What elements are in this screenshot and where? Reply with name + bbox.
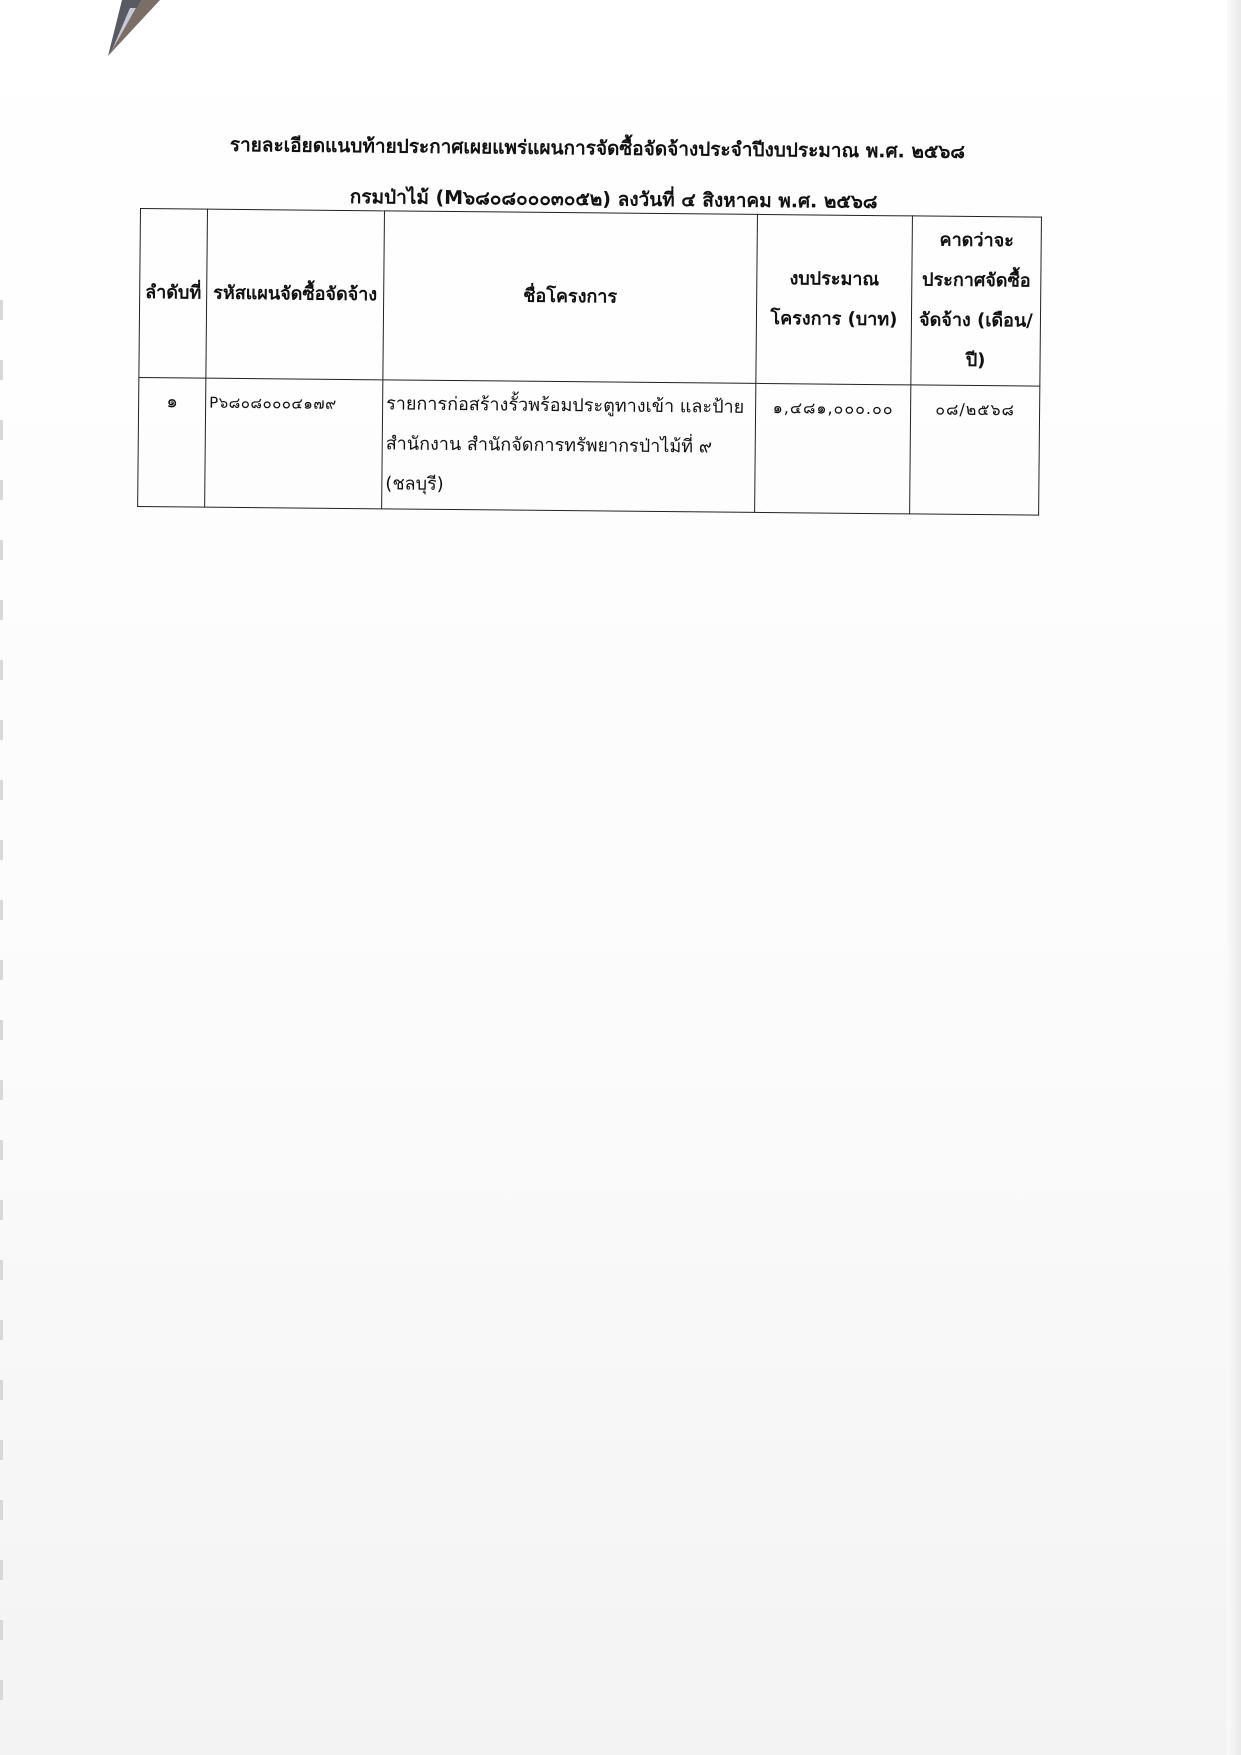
header-plan-code: รหัสแผนจัดซื้อจัดจ้าง [206,209,385,380]
header-expected-announce: คาดว่าจะประกาศจัดซื้อจัดจ้าง (เดือน/ปี) [911,216,1042,386]
header-project-name: ชื่อโครงการ [383,211,758,384]
cell-expected-announce: ๐๘/๒๕๖๘ [910,385,1040,515]
scan-edge-marks [0,300,3,1700]
cell-project-name: รายการก่อสร้างรั้วพร้อมประตูทางเข้า และป… [382,380,756,513]
procurement-plan-table-container: ลำดับที่ รหัสแผนจัดซื้อจัดจ้าง ชื่อโครงก… [137,208,1042,516]
procurement-plan-table: ลำดับที่ รหัสแผนจัดซื้อจัดจ้าง ชื่อโครงก… [137,208,1042,516]
header-budget: งบประมาณโครงการ (บาท) [756,214,913,384]
header-no: ลำดับที่ [139,209,208,379]
folded-corner-icon [100,0,160,58]
table-row: ๑ P๖๘๐๘๐๐๐๔๑๗๙ รายการก่อสร้างรั้วพร้อมปร… [138,377,1040,515]
page-edge-shadow [1227,0,1241,1755]
cell-budget: ๑,๔๘๑,๐๐๐.๐๐ [755,383,911,513]
table-header-row: ลำดับที่ รหัสแผนจัดซื้อจัดจ้าง ชื่อโครงก… [139,209,1042,387]
cell-plan-code: P๖๘๐๘๐๐๐๔๑๗๙ [205,378,383,509]
cell-no: ๑ [138,377,206,507]
